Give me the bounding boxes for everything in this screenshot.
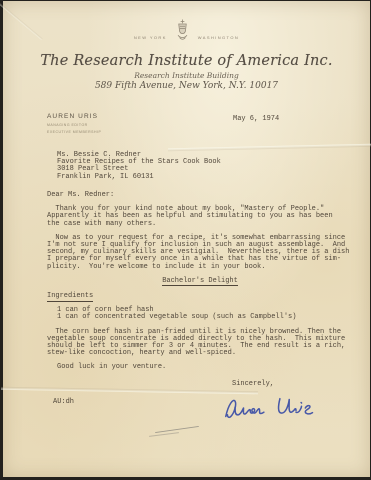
letter-photo: NEW YORK WASHINGTON The Research Insti bbox=[0, 0, 371, 480]
letterhead-address: 589 Fifth Avenue, New York, N.Y. 10017 bbox=[3, 81, 370, 91]
letterhead-city-left: NEW YORK bbox=[134, 35, 167, 40]
paragraph-1: Thank you for your kind note about my bo… bbox=[47, 206, 353, 228]
ingredients-heading-text: Ingredients bbox=[47, 292, 93, 302]
letter-body: Dear Ms. Redner: Thank you for your kind… bbox=[47, 192, 353, 372]
closing-line: Good luck in your venture. bbox=[57, 364, 353, 371]
recipe-title: Bachelor's Delight bbox=[47, 278, 353, 285]
recipient-address: Ms. Bessie C. Redner Favorite Recipes of… bbox=[57, 152, 221, 181]
ingredients-list: 1 can of corn beef hash 1 can of concent… bbox=[57, 307, 353, 321]
letter-date: May 6, 1974 bbox=[233, 116, 279, 123]
salutation: Dear Ms. Redner: bbox=[47, 192, 353, 199]
handwritten-signature bbox=[219, 387, 329, 434]
institute-crest-icon bbox=[175, 17, 190, 48]
typist-initials: AU:dh bbox=[53, 399, 74, 406]
letterhead: NEW YORK WASHINGTON The Research Insti bbox=[3, 15, 370, 91]
ingredients-heading: Ingredients bbox=[47, 293, 353, 300]
pencil-mark bbox=[149, 432, 179, 437]
paper-crease bbox=[168, 144, 371, 152]
method-paragraph: The corn beef hash is pan-fried until it… bbox=[47, 329, 353, 358]
sender-block: AUREN URIS MANAGING EDITOR EXECUTIVE MEM… bbox=[47, 113, 101, 134]
organization-name: The Research Institute of America Inc. bbox=[3, 53, 370, 69]
sender-name: AUREN URIS bbox=[47, 113, 101, 120]
letterhead-city-right: WASHINGTON bbox=[198, 35, 239, 40]
letter-paper: NEW YORK WASHINGTON The Research Insti bbox=[3, 1, 370, 477]
building-name: Research Institute Building bbox=[3, 71, 370, 80]
sender-title-2: EXECUTIVE MEMBERSHIP bbox=[47, 130, 101, 134]
recipe-title-text: Bachelor's Delight bbox=[162, 277, 238, 287]
paragraph-2: Now as to your request for a recipe, it'… bbox=[47, 235, 353, 271]
sender-title-1: MANAGING EDITOR bbox=[47, 123, 101, 127]
